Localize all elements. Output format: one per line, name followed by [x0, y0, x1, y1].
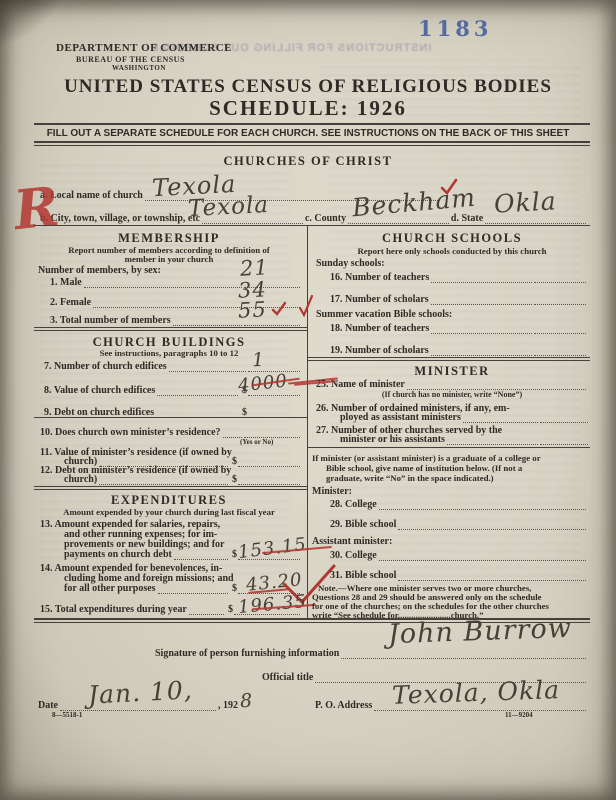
- q7-label: 7. Number of church edifices: [44, 361, 167, 373]
- q12-answer-blank: [238, 484, 300, 485]
- q18-row: 18. Number of teachers: [330, 323, 586, 335]
- divider: [307, 357, 590, 358]
- signature-label: Signature of person furnishing informati…: [155, 648, 339, 660]
- q3-label: 3. Total number of members: [50, 315, 171, 327]
- handwritten-signature: John Burrow: [388, 613, 573, 650]
- q17-row: 17. Number of scholars: [330, 294, 586, 306]
- date-label: Date: [38, 700, 58, 712]
- q1-label: 1. Male: [50, 277, 82, 289]
- q18-answer-blank: [534, 333, 586, 334]
- leader-line: [485, 223, 586, 224]
- q11-answer-blank: [238, 466, 300, 467]
- dollar-sign: $: [232, 583, 237, 595]
- minister-heading: MINISTER: [316, 364, 588, 379]
- banner-instruction: FILL OUT A SEPARATE SCHEDULE FOR EACH CH…: [0, 128, 616, 139]
- q19-label: 19. Number of scholars: [330, 345, 429, 357]
- q28-row: 28. College: [330, 499, 588, 511]
- q10-label: 10. Does church own minister’s residence…: [40, 427, 221, 439]
- handwritten-date: Jan. 10,: [87, 675, 193, 709]
- divider: [34, 489, 307, 490]
- form-subtitle: SCHEDULE: 1926: [0, 96, 616, 121]
- divider: [34, 486, 307, 487]
- q19-row: 19. Number of scholars: [330, 345, 586, 357]
- q12-label-line2: church): [64, 474, 97, 486]
- q29-row: 29. Bible school: [330, 519, 588, 531]
- form-title: UNITED STATES CENSUS OF RELIGIOUS BODIES: [0, 76, 616, 98]
- city-label: b. City, town, village, or township, etc: [40, 213, 200, 225]
- handwritten-po-address: Texola, Okla: [392, 675, 561, 710]
- dept-line3: WASHINGTON: [112, 64, 166, 72]
- graduate-note-line3: graduate, write “No” in the space indica…: [326, 474, 494, 483]
- dollar-sign: $: [232, 456, 237, 468]
- leader-line: [447, 444, 538, 445]
- q30-label: 30. College: [330, 550, 377, 562]
- divider: [34, 327, 307, 328]
- church-schools-subheading: Report here only schools conducted by th…: [316, 246, 588, 256]
- q25-row: 25. Name of minister: [316, 379, 588, 391]
- church-schools-heading: CHURCH SCHOOLS: [316, 231, 588, 246]
- sunday-schools-label: Sunday schools:: [316, 258, 385, 269]
- denomination-heading: CHURCHES OF CHRIST: [0, 154, 616, 169]
- form-number-right: 11—9204: [505, 711, 533, 719]
- stamp-number: 1183: [418, 16, 492, 41]
- q18-label: 18. Number of teachers: [330, 323, 429, 335]
- minister-subsection-label: Minister:: [312, 486, 352, 497]
- divider: [34, 123, 590, 125]
- date-year-printed: , 192: [218, 700, 238, 712]
- divider: [34, 141, 590, 143]
- q15-label: 15. Total expenditures during year: [40, 604, 187, 616]
- leader-line: [463, 422, 538, 423]
- q30-row: 30. College: [330, 550, 588, 562]
- handwritten-state: Okla: [493, 186, 557, 218]
- leader-line: [348, 223, 449, 224]
- q26-row: ployed as assistant ministers: [340, 412, 588, 424]
- membership-heading: MEMBERSHIP: [38, 231, 300, 246]
- dept-line2: BUREAU OF THE CENSUS: [76, 55, 185, 64]
- q16-row: 16. Number of teachers: [330, 272, 586, 284]
- leader-line: [60, 710, 216, 711]
- divider: [307, 360, 590, 361]
- q16-label: 16. Number of teachers: [330, 272, 429, 284]
- q26-line2: ployed as assistant ministers: [340, 412, 461, 424]
- dollar-sign: $: [232, 549, 237, 561]
- leader-line: [341, 658, 586, 659]
- q2-label: 2. Female: [50, 297, 91, 309]
- form-number-left: 8—5518-1: [52, 711, 82, 719]
- leader-line: [431, 333, 532, 334]
- divider: [34, 417, 307, 418]
- po-address-label: P. O. Address: [315, 700, 372, 712]
- leader-line: [84, 287, 242, 288]
- q28-label: 28. College: [330, 499, 377, 511]
- leader-line: [158, 593, 228, 594]
- leader-line: [431, 282, 532, 283]
- q3-answer-blank: [244, 325, 300, 326]
- membership-intro: Number of members, by sex:: [38, 265, 161, 276]
- graduate-note-line1: If minister (or assistant minister) is a…: [312, 454, 541, 463]
- official-title-label: Official title: [262, 672, 313, 684]
- divider: [34, 330, 307, 331]
- handwritten-total-count: 55: [237, 297, 267, 322]
- state-label: d. State: [451, 213, 483, 225]
- leader-line: [93, 307, 242, 308]
- census-schedule-page: INSTRUCTIONS FOR FILLING OUT SCHEDULE 11…: [0, 0, 616, 800]
- leader-line: [202, 223, 303, 224]
- q25-note: (If church has no minister, write “None”…: [316, 390, 588, 399]
- scan-corner-shadow: [0, 0, 65, 46]
- leader-line: [174, 559, 228, 560]
- leader-line: [374, 710, 586, 711]
- divider: [34, 145, 590, 146]
- leader-line: [379, 560, 586, 561]
- q27-row: minister or his assistants: [340, 434, 588, 446]
- leader-line: [398, 580, 586, 581]
- leader-line: [189, 614, 224, 615]
- q8-label: 8. Value of church edifices: [44, 385, 155, 397]
- graduate-note-line2: Bible school, give name of institution b…: [326, 464, 522, 473]
- handwritten-city: Texola: [187, 192, 269, 222]
- q31-label: 31. Bible school: [330, 570, 396, 582]
- q12-row: church) $: [64, 474, 300, 486]
- assistant-subsection-label: Assistant minister:: [312, 536, 392, 547]
- handwritten-edifices-count: 1: [251, 349, 265, 372]
- dept-line1: DEPARTMENT OF COMMERCE: [56, 42, 232, 54]
- county-label: c. County: [305, 213, 346, 225]
- signature-row: Signature of person furnishing informati…: [155, 648, 588, 660]
- q27-line2: minister or his assistants: [340, 434, 445, 446]
- red-check-summer-schools: [298, 294, 314, 318]
- q19-answer-blank: [534, 355, 586, 356]
- leader-line: [379, 509, 586, 510]
- q17-answer-blank: [534, 304, 586, 305]
- red-check-total: [271, 301, 287, 316]
- leader-line: [99, 484, 228, 485]
- q16-answer-blank: [534, 282, 586, 283]
- dollar-sign: $: [228, 604, 233, 616]
- leader-line: [431, 355, 532, 356]
- q10-note: (Yes or No): [240, 438, 273, 446]
- leader-line: [398, 529, 586, 530]
- q29-label: 29. Bible school: [330, 519, 396, 531]
- q13-line4: payments on church debt: [64, 549, 172, 561]
- q17-label: 17. Number of scholars: [330, 294, 429, 306]
- q31-row: 31. Bible school: [330, 570, 588, 582]
- red-check-county: [440, 178, 458, 195]
- leader-line: [173, 325, 242, 326]
- divider: [34, 225, 590, 226]
- q10-row: 10. Does church own minister’s residence…: [40, 427, 300, 439]
- dollar-sign: $: [232, 474, 237, 486]
- q14-line3: for all other purposes: [64, 583, 156, 595]
- leader-line: [431, 304, 532, 305]
- summer-schools-label: Summer vacation Bible schools:: [316, 309, 452, 320]
- leader-line: [157, 395, 238, 396]
- divider: [307, 447, 590, 448]
- q27-answer-blank: [540, 444, 588, 445]
- expenditures-subheading: Amount expended by your church during la…: [38, 507, 300, 517]
- q26-answer-blank: [540, 422, 588, 423]
- handwritten-date-year: 8: [239, 690, 253, 713]
- expenditures-heading: EXPENDITURES: [38, 493, 300, 508]
- leader-line: [169, 371, 246, 372]
